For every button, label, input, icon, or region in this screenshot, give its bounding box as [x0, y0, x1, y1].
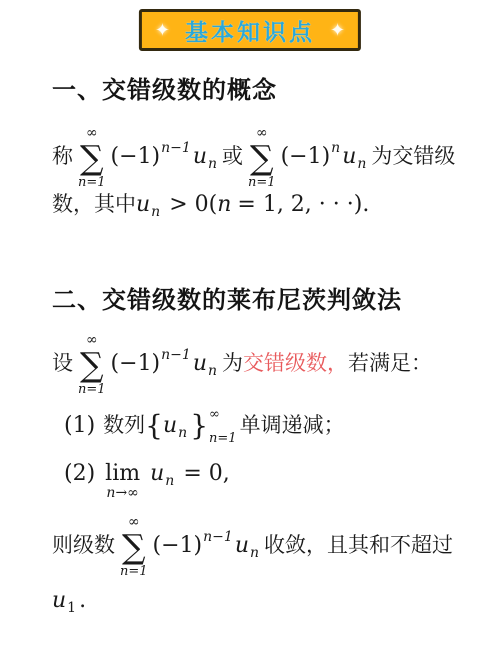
math-variable: u — [150, 461, 164, 486]
highlighted-term: 交错级数， — [243, 352, 348, 376]
sum-operator: ∞ ∑ n=1 — [248, 126, 276, 189]
cn-text: 数，其中 — [52, 193, 136, 217]
cn-text: 单调递减； — [240, 414, 345, 438]
math-term: = 0, — [183, 461, 229, 486]
sum-lower-limit: n=1 — [120, 565, 148, 578]
math-superscript: n−1 — [161, 140, 191, 156]
notes-page: ✦ 基本知识点 ✦ 一、交错级数的概念 称 ∞ ∑ n=1 (−1) n−1 u… — [0, 0, 500, 652]
definition-formula-line1: 称 ∞ ∑ n=1 (−1) n−1 u n 或 ∞ ∑ n=1 (−1) n … — [52, 126, 455, 188]
math-term: (−1) — [111, 144, 161, 169]
conclusion-formula-line: 则级数 ∞ ∑ n=1 (−1) n−1 u n 收敛，且其和不超过 — [52, 515, 453, 577]
cn-text: 或 — [222, 145, 243, 169]
math-subscript: 1 — [67, 600, 76, 616]
item-number: (2) — [64, 461, 95, 486]
cn-text: 则级数 — [52, 534, 115, 558]
limit-operator: lim n→∞ — [105, 463, 140, 485]
cn-text: 若满足： — [348, 352, 432, 376]
math-term: (−1) — [281, 144, 331, 169]
cn-text: 为交错级 — [371, 145, 455, 169]
item-number: (1) — [64, 413, 95, 438]
math-term: > 0( — [169, 192, 217, 217]
math-variable: u — [52, 588, 66, 613]
sum-operator: ∞ ∑ n=1 — [120, 515, 148, 578]
sequence-upper-limit: ∞ — [209, 408, 220, 421]
condition-item-2: (2) lim n→∞ u n = 0, — [64, 457, 230, 491]
cn-text: 设 — [52, 352, 73, 376]
math-variable: u — [163, 413, 177, 438]
sigma-icon: ∑ — [80, 141, 104, 174]
math-variable: u — [193, 144, 207, 169]
definition-formula-line2: 数，其中 u n > 0( n = 1, 2, · · ·). — [52, 188, 369, 222]
math-superscript: n−1 — [203, 529, 233, 545]
cn-text: 收敛，且其和不超过 — [264, 534, 453, 558]
sigma-icon: ∑ — [250, 141, 274, 174]
math-subscript: n — [178, 425, 187, 441]
math-variable: u — [342, 144, 356, 169]
sigma-icon: ∑ — [80, 348, 104, 381]
condition-item-1: (1) 数列 { u n } ∞ n=1 单调递减； — [64, 406, 345, 446]
math-subscript: n — [208, 156, 217, 172]
section1-heading: 一、交错级数的概念 — [52, 70, 277, 105]
sum-lower-limit: n=1 — [248, 176, 276, 189]
math-subscript: n — [250, 545, 259, 561]
section2-heading: 二、交错级数的莱布尼茨判敛法 — [52, 280, 402, 315]
math-term: (−1) — [153, 533, 203, 558]
math-term: = 1, 2, · · ·). — [237, 192, 369, 217]
lim-word: lim — [105, 461, 140, 486]
sum-lower-limit: n=1 — [78, 383, 106, 396]
math-subscript: n — [165, 473, 174, 489]
math-variable: u — [235, 533, 249, 558]
premise-formula-line: 设 ∞ ∑ n=1 (−1) n−1 u n 为 交错级数， 若满足： — [52, 333, 432, 395]
cn-text: 称 — [52, 145, 73, 169]
sequence-limits: ∞ n=1 — [209, 406, 237, 446]
math-superscript: n−1 — [161, 347, 191, 363]
cn-text: 数列 — [103, 414, 145, 438]
close-brace: } — [190, 410, 208, 442]
sigma-icon: ∑ — [122, 530, 146, 563]
math-subscript: n — [151, 204, 160, 220]
badge-title: 基本知识点 — [185, 14, 315, 47]
cn-text: 为 — [222, 352, 243, 376]
sum-lower-limit: n=1 — [78, 176, 106, 189]
math-term: (−1) — [111, 351, 161, 376]
title-badge: ✦ 基本知识点 ✦ — [139, 9, 361, 51]
math-subscript: n — [208, 363, 217, 379]
open-brace: { — [145, 410, 163, 442]
sparkle-right-icon: ✦ — [330, 20, 345, 41]
sum-operator: ∞ ∑ n=1 — [78, 126, 106, 189]
math-variable: u — [136, 192, 150, 217]
period: . — [79, 588, 86, 613]
math-variable: u — [193, 351, 207, 376]
math-subscript: n — [357, 156, 366, 172]
sequence-lower-limit: n=1 — [209, 432, 237, 445]
math-superscript: n — [331, 140, 340, 156]
sparkle-left-icon: ✦ — [155, 20, 170, 41]
math-variable: n — [217, 192, 231, 217]
limit-subscript: n→∞ — [106, 486, 138, 500]
conclusion-final-line: u 1 . — [52, 585, 86, 617]
sum-operator: ∞ ∑ n=1 — [78, 333, 106, 396]
